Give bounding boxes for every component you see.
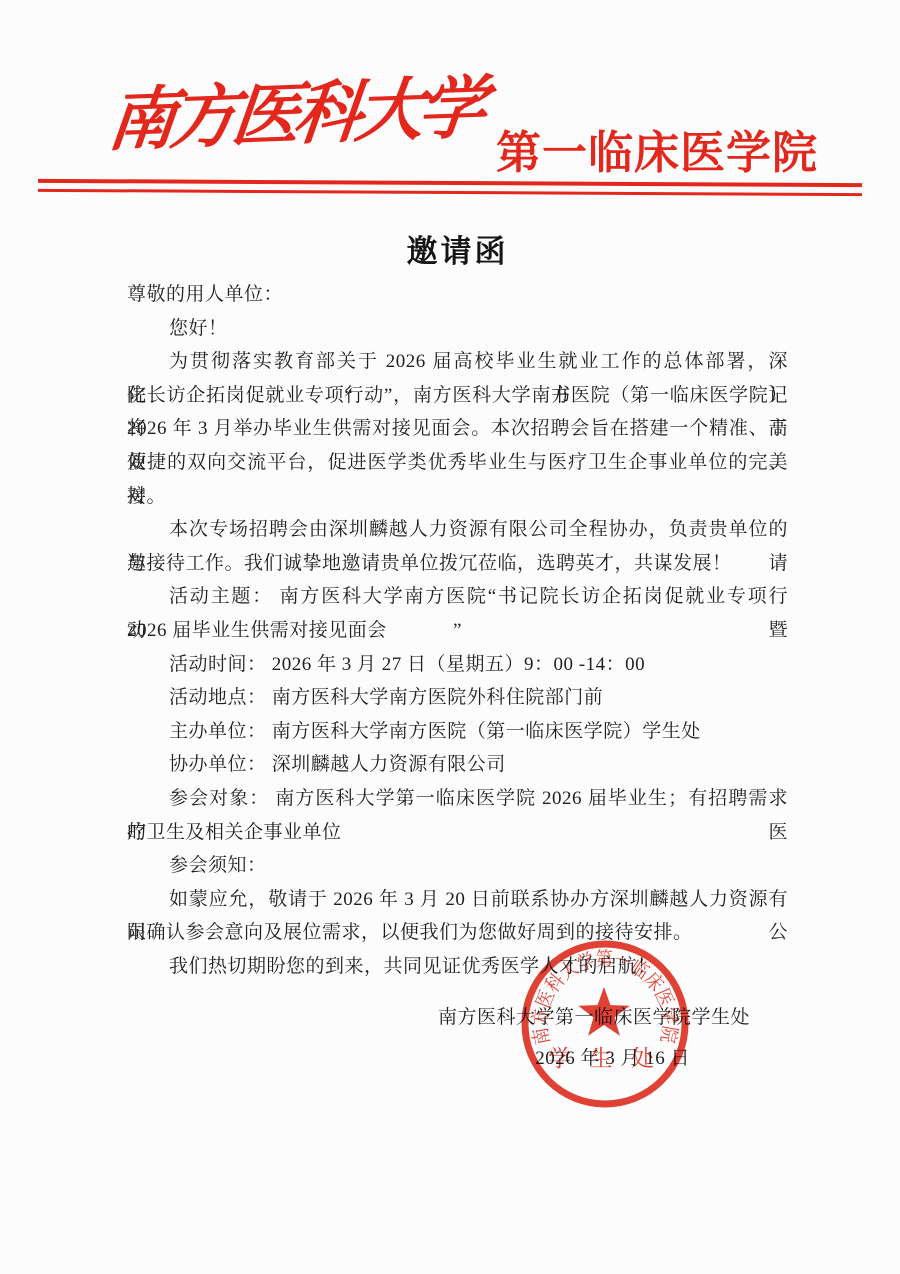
scanned-invitation-letter: 南方医科大学 第一临床医学院 邀请函 尊敬的用人单位：您好！为贯彻落实教育部关于…	[0, 0, 900, 1274]
letter-body: 尊敬的用人单位：您好！为贯彻落实教育部关于 2026 届高校毕业生就业工作的总体…	[127, 278, 788, 983]
signature-date: 2026 年 3 月 16 日	[127, 1043, 788, 1070]
letter-line: 与接待工作。我们诚挚地邀请贵单位拨冗莅临，选聘英才，共谋发展！	[127, 547, 788, 581]
college-name: 第一临床医学院	[496, 116, 818, 181]
letter-line: 我们热切期盼您的到来，共同见证优秀医学人才的启航！	[127, 950, 788, 984]
letter-line: 为贯彻落实教育部关于 2026 届高校毕业生就业工作的总体部署，深化“书记	[127, 345, 788, 379]
letter-line: 主办单位： 南方医科大学南方医院（第一临床医学院）学生处	[127, 715, 788, 749]
letter-line: 如蒙应允，敬请于 2026 年 3 月 20 日前联系协办方深圳麟越人力资源有限…	[127, 883, 788, 917]
letter-line: 您好！	[127, 312, 788, 346]
letter-line: 院长访企拓岗促就业专项行动”，南方医科大学南方医院（第一临床医学院）将于	[127, 379, 788, 413]
letter-line: 活动时间： 2026 年 3 月 27 日（星期五）9：00 -14：00	[127, 648, 788, 682]
letter-line: 本次专场招聘会由深圳麟越人力资源有限公司全程协办，负责贵单位的邀请	[127, 513, 788, 547]
letter-line: 尊敬的用人单位：	[127, 278, 788, 312]
letter-line: 2026 年 3 月举办毕业生供需对接见面会。本次招聘会旨在搭建一个精准、高效、	[127, 412, 788, 446]
letter-title: 邀请函	[127, 226, 788, 271]
letterhead-double-rule	[38, 179, 862, 196]
signature-organization: 南方医科大学第一临床医学院学生处	[127, 1002, 788, 1029]
letter-line: 活动地点： 南方医科大学南方医院外科住院部门前	[127, 681, 788, 715]
rule-thin	[38, 189, 862, 196]
university-calligraphy-logo: 南方医科大学	[104, 67, 512, 163]
letter-line: 便捷的双向交流平台，促进医学类优秀毕业生与医疗卫生企事业单位的完美对	[127, 446, 788, 480]
letter-line: 参会须知：	[127, 849, 788, 883]
signature-block: 南方医科大学第一临床医学院学生处 2026 年 3 月 16 日	[127, 1002, 788, 1070]
letter-line: 参会对象： 南方医科大学第一临床医学院 2026 届毕业生；有招聘需求的医	[127, 782, 788, 816]
letter-line: 协办单位： 深圳麟越人力资源有限公司	[127, 748, 788, 782]
letter-line: 司确认参会意向及展位需求，以便我们为您做好周到的接待安排。	[127, 916, 788, 950]
letter-line: 接。	[127, 480, 788, 514]
letter-line: 活动主题： 南方医科大学南方医院“书记院长访企拓岗促就业专项行动”暨	[127, 580, 788, 614]
